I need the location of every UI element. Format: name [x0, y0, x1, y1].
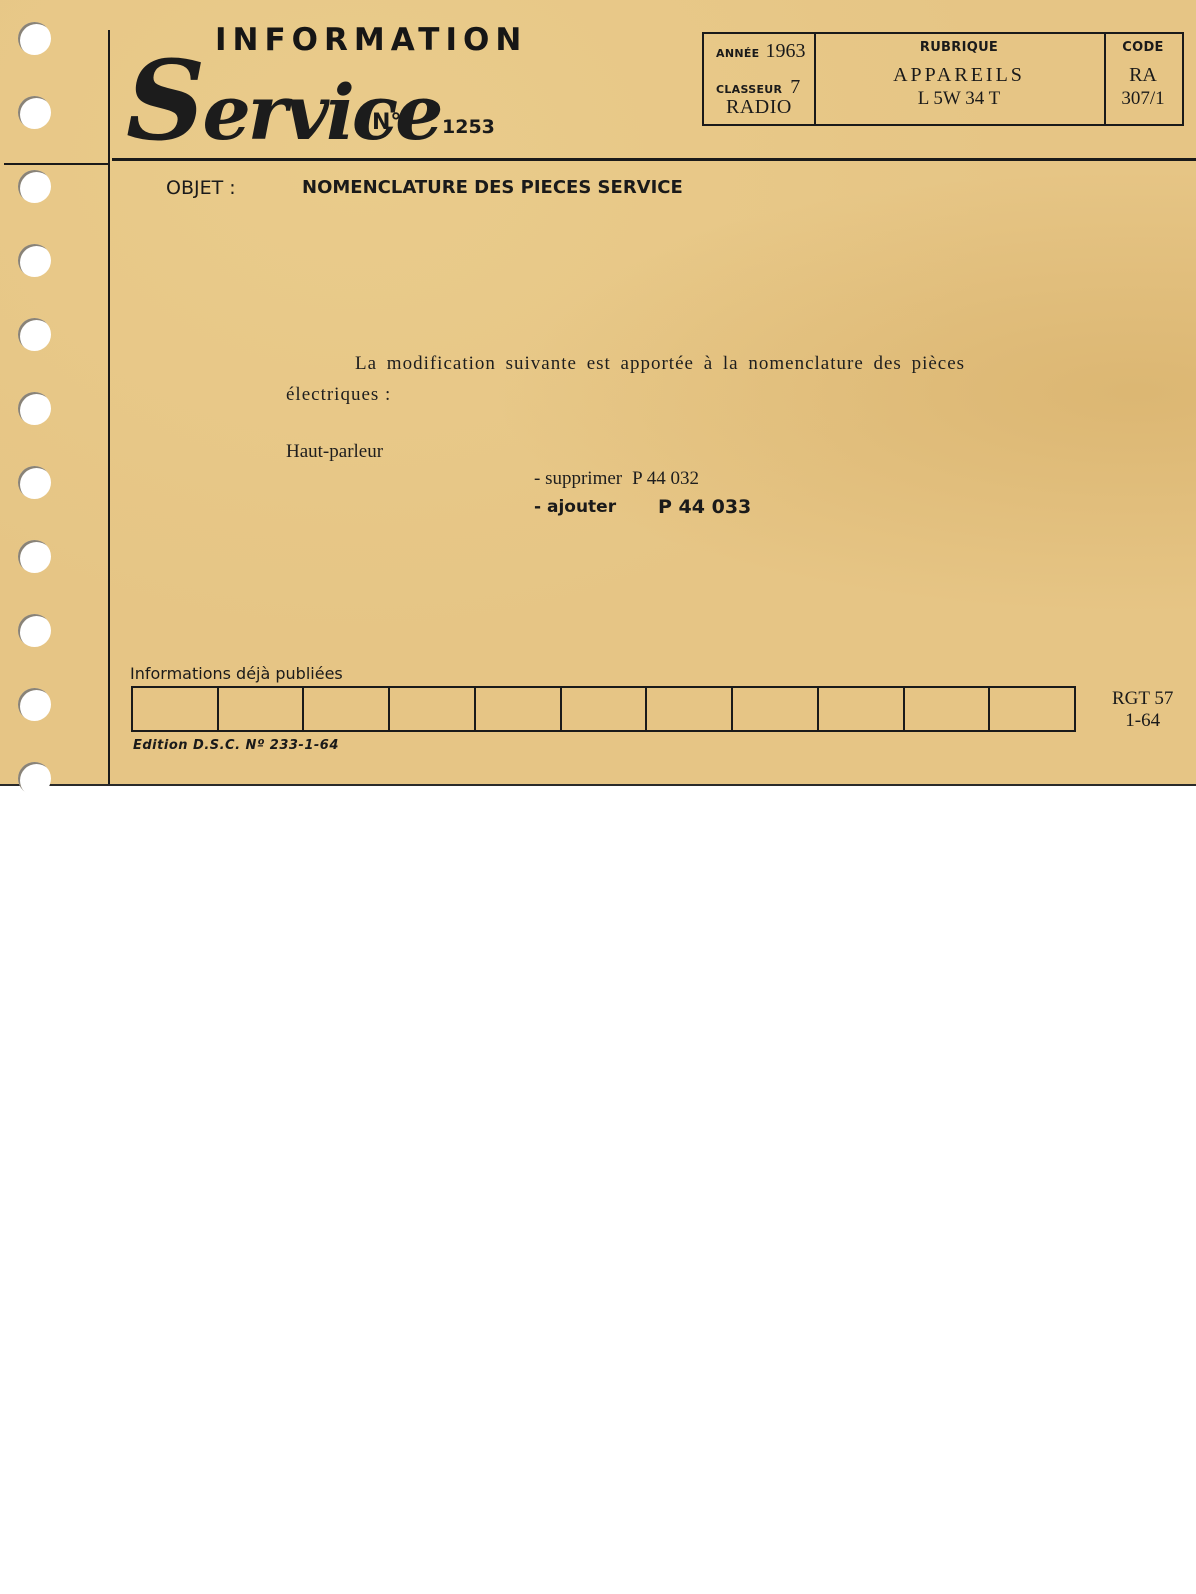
paragraph-line-1: La modification suivante est apportée à …: [355, 353, 965, 375]
binding-hole: [18, 170, 51, 203]
objet-label: OBJET :: [166, 177, 236, 199]
published-cell: [903, 688, 989, 730]
binding-hole: [18, 688, 51, 721]
header-rule: [112, 158, 1196, 161]
annee-label: ANNÉE: [716, 47, 759, 60]
rubrique-label: RUBRIQUE: [814, 40, 1104, 55]
binding-hole: [18, 540, 51, 573]
title-service-initial: S: [126, 36, 202, 165]
code-cell: CODE RA 307/1: [1104, 34, 1182, 124]
annee-classeur-cell: ANNÉE1963 CLASSEUR7 RADIO: [704, 34, 816, 124]
change-add-part: P 44 033: [658, 496, 751, 518]
change-add-action: - ajouter: [534, 497, 616, 517]
component-name: Haut-parleur: [286, 441, 383, 463]
classification-box: ANNÉE1963 CLASSEUR7 RADIO RUBRIQUE APPAR…: [702, 32, 1184, 126]
binding-hole: [18, 466, 51, 499]
edition-note: Edition D.S.C. Nº 233-1-64: [133, 738, 339, 753]
classeur-value: 7: [790, 76, 800, 98]
rubrique-value-2: L 5W 34 T: [814, 88, 1104, 110]
reference-line-1: RGT 57: [1112, 688, 1173, 710]
binding-hole: [18, 244, 51, 277]
annee-value: 1963: [765, 40, 805, 62]
binding-hole: [18, 614, 51, 647]
margin-header-rule: [4, 163, 108, 165]
published-cell: [560, 688, 646, 730]
binding-hole: [18, 762, 51, 795]
classeur-label: CLASSEUR: [716, 83, 782, 96]
change-remove-part: P 44 032: [632, 468, 699, 489]
code-value-2: 307/1: [1104, 88, 1182, 110]
published-label: Informations déjà publiées: [130, 664, 343, 683]
published-grid: [131, 686, 1076, 732]
number-label: N°: [372, 110, 401, 135]
binding-hole: [18, 392, 51, 425]
change-remove: - supprimerP 44 032: [534, 468, 699, 490]
code-label: CODE: [1104, 40, 1182, 55]
title-service: Service: [126, 46, 441, 156]
published-cell: [474, 688, 560, 730]
reference-code: RGT 57 1-64: [1112, 688, 1173, 732]
change-remove-action: - supprimer: [534, 468, 622, 489]
service-information-sheet: INFORMATION Service N° 1253 ANNÉE1963 CL…: [0, 0, 1196, 786]
change-add: - ajouterP 44 033: [534, 497, 616, 517]
rubrique-cell: RUBRIQUE APPAREILS L 5W 34 T: [814, 34, 1106, 124]
published-cell: [131, 688, 217, 730]
binding-hole: [18, 22, 51, 55]
published-cell: [388, 688, 474, 730]
binding-hole: [18, 318, 51, 351]
number-value: 1253: [442, 116, 495, 138]
paragraph-line-2: électriques :: [286, 384, 391, 406]
reference-line-2: 1-64: [1112, 710, 1173, 732]
published-cell: [988, 688, 1076, 730]
title-service-rest: ervice: [202, 68, 440, 157]
objet-value: NOMENCLATURE DES PIECES SERVICE: [302, 177, 683, 198]
classeur-name: RADIO: [726, 96, 792, 119]
published-cell: [817, 688, 903, 730]
margin-rule: [108, 30, 110, 784]
rubrique-value-1: APPAREILS: [814, 64, 1104, 87]
code-value-1: RA: [1104, 64, 1182, 87]
published-cell: [302, 688, 388, 730]
binding-hole: [18, 96, 51, 129]
annee-row: ANNÉE1963: [716, 40, 805, 63]
published-cell: [217, 688, 303, 730]
published-cell: [645, 688, 731, 730]
published-cell: [731, 688, 817, 730]
